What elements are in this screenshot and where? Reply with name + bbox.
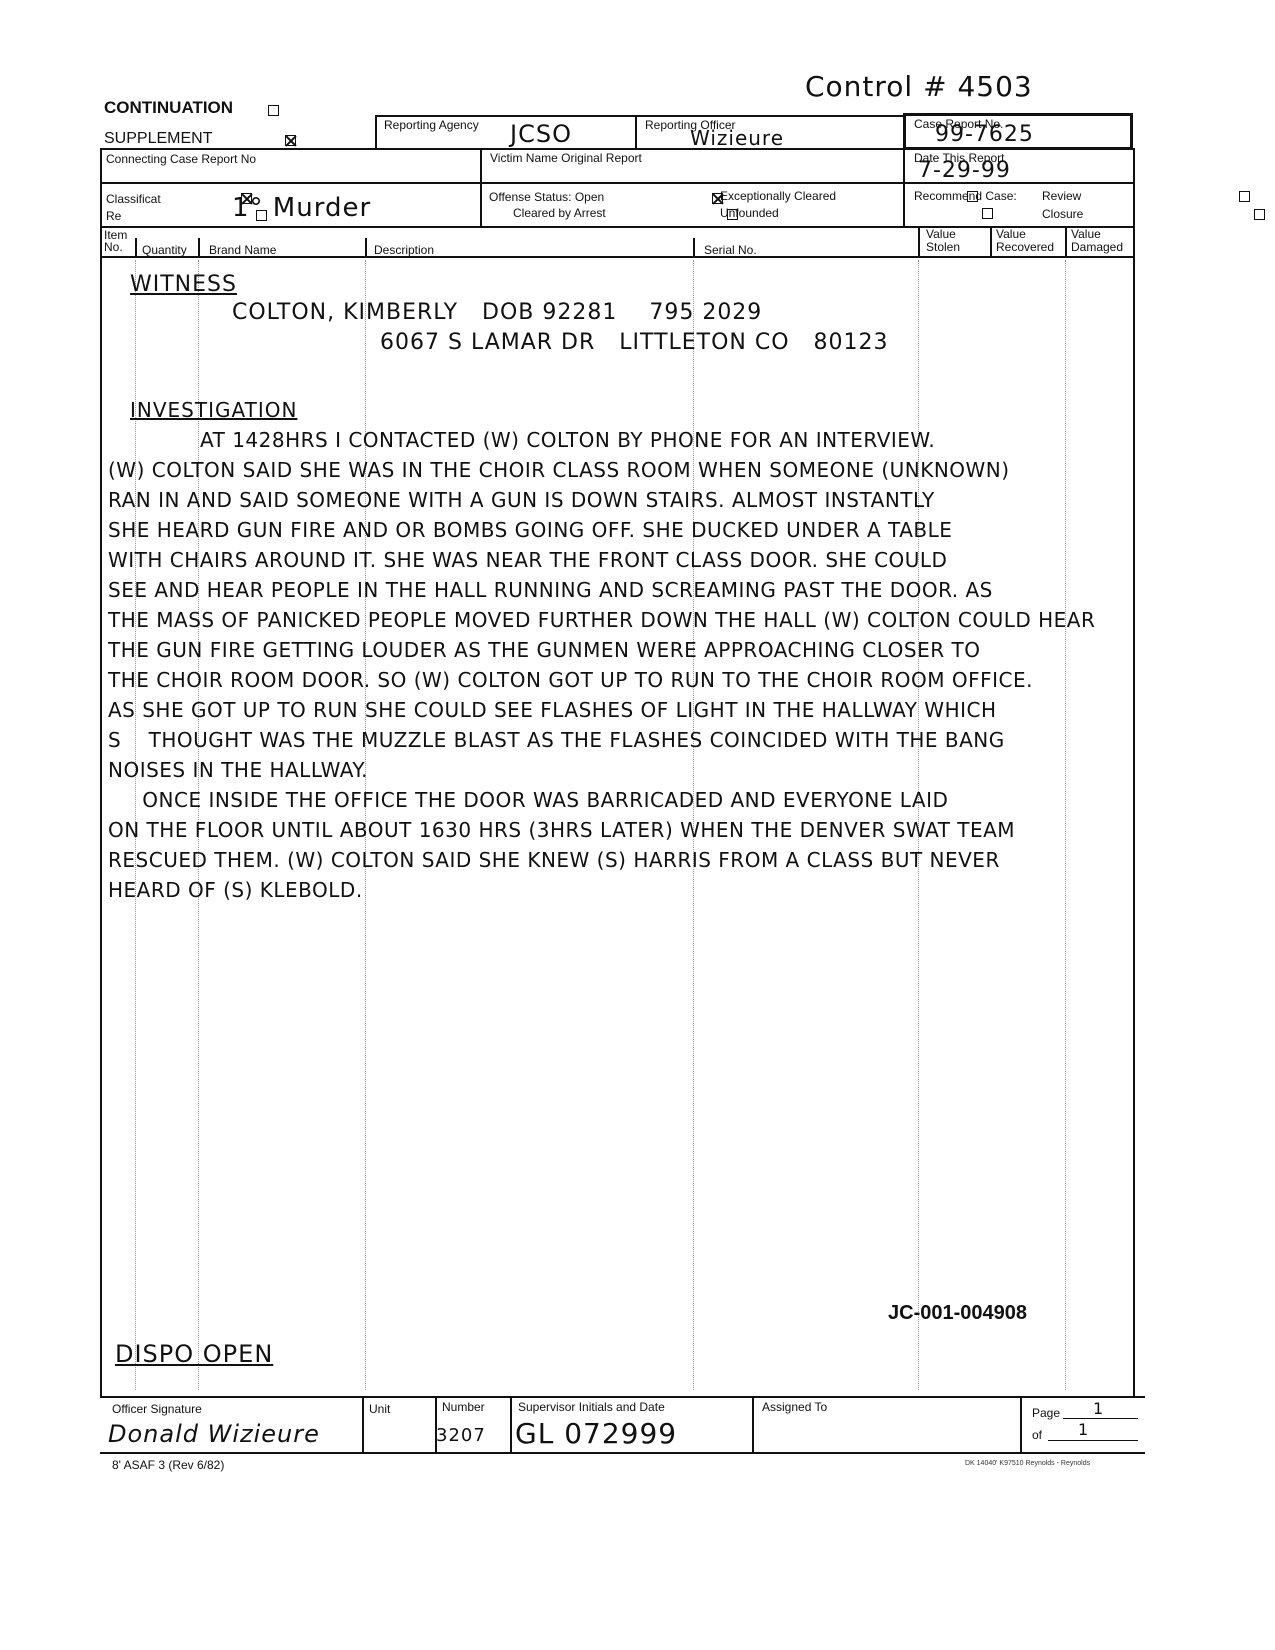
narrative-line: At 1428hrs I Contacted (W) Colton By Pho… [108,425,1148,455]
of-value: 1 [1078,1420,1089,1439]
narrative-line: The Mass of Panicked People Moved Furthe… [108,605,1148,635]
closure-label: Closure [1042,207,1083,221]
continuation-label: CONTINUATION [104,98,233,118]
date-this-report-value[interactable]: 7-29-99 [918,158,1011,183]
recommend-case-label: Recommend Case: [914,189,1017,203]
review-checkbox[interactable] [1239,191,1250,202]
narrative-line: Rescued Them. (W) Colton Said She Knew (… [108,845,1148,875]
narrative-line: (W) Colton Said She was in the Choir Cla… [108,455,1148,485]
witness-heading: Witness [130,272,237,297]
item-no-header: Item No. [104,229,134,253]
narrative-line: The Gun Fire Getting Louder As the Gunme… [108,635,1148,665]
page-label: Page [1032,1406,1060,1420]
classification-value[interactable]: 1° Murder [232,193,371,223]
exceptionally-cleared-label: Exceptionally Cleared [720,189,836,203]
unit-label: Unit [369,1402,390,1416]
narrative-line: with Chairs Around it. She was near the … [108,545,1148,575]
value-damaged-header: Value Damaged [1071,228,1133,254]
narrative-line: Noises in the Hallway. [108,755,1148,785]
witness-address-line: 6067 S Lamar Dr Littleton Co 80123 [380,330,889,355]
officer-signature-value[interactable]: Donald Wizieure [108,1420,320,1448]
control-number-note: Control # 4503 [805,70,1033,103]
number-value[interactable]: 3207 [436,1425,486,1446]
unfounded-checkbox[interactable] [982,208,993,219]
page-value: 1 [1093,1399,1104,1418]
review-label: Review [1042,189,1081,203]
narrative-line: S Thought was the Muzzle Blast As The Fl… [108,725,1148,755]
narrative-line: on the Floor until About 1630 hrs (3hrs … [108,815,1148,845]
assigned-to-label: Assigned To [762,1400,827,1414]
closure-checkbox[interactable] [1254,209,1265,220]
supervisor-label: Supervisor Initials and Date [518,1400,665,1414]
reporting-agency-value[interactable]: JCSO [510,120,572,148]
supplement-label: SUPPLEMENT [104,130,212,148]
serial-no-header: Serial No. [704,243,757,257]
unfounded-label: Unfounded [720,206,779,220]
value-stolen-header: Value Stolen [926,228,986,254]
investigation-heading: Investigation [130,398,297,422]
narrative-line: As She Got up to Run She Could See Flash… [108,695,1148,725]
brand-name-header: Brand Name [209,243,276,257]
narrative-line: See and Hear People in the Hall Running … [108,575,1148,605]
witness-name-line: Colton, Kimberly DOB 92281 795 2029 [232,300,762,325]
printer-code: DK 14040' K97510 Reynolds - Reynolds [965,1460,1090,1467]
victim-name-label: Victim Name Original Report [490,151,642,165]
cleared-by-arrest-label: Cleared by Arrest [513,206,606,220]
officer-signature-label: Officer Signature [112,1402,202,1416]
narrative-line: She Heard Gun Fire and or Bombs Going of… [108,515,1148,545]
bates-number: JC-001-004908 [888,1302,1027,1325]
number-label: Number [442,1400,485,1414]
narrative: At 1428hrs I Contacted (W) Colton By Pho… [108,425,1148,905]
supplement-checkbox[interactable] [285,135,296,146]
dispo-note: Dispo Open [115,1340,273,1368]
reporting-agency-label: Reporting Agency [384,118,479,132]
case-report-no-value[interactable]: 99-7625 [935,122,1034,147]
narrative-line: Once inside the office the Door was Barr… [108,785,1148,815]
form-code: 8' ASAF 3 (Rev 6/82) [112,1458,224,1472]
description-header: Description [374,243,434,257]
of-label: of [1032,1428,1042,1442]
continuation-checkbox[interactable] [268,105,279,116]
narrative-line: Ran in and Said Someone with A Gun is Do… [108,485,1148,515]
value-recovered-header: Value Recovered [996,228,1064,254]
narrative-line: Heard of (S) Klebold. [108,875,1148,905]
reporting-officer-value[interactable]: Wizieure [690,126,784,150]
re-label: Re [106,209,121,223]
supervisor-value[interactable]: GL 072999 [515,1417,677,1450]
classification-label: Classificat [106,192,161,206]
narrative-line: the Choir Room Door. So (W) Colton Got u… [108,665,1148,695]
offense-status-open-label: Offense Status: Open [489,190,604,204]
quantity-header: Quantity [142,243,187,257]
connecting-case-label: Connecting Case Report No [106,152,256,166]
